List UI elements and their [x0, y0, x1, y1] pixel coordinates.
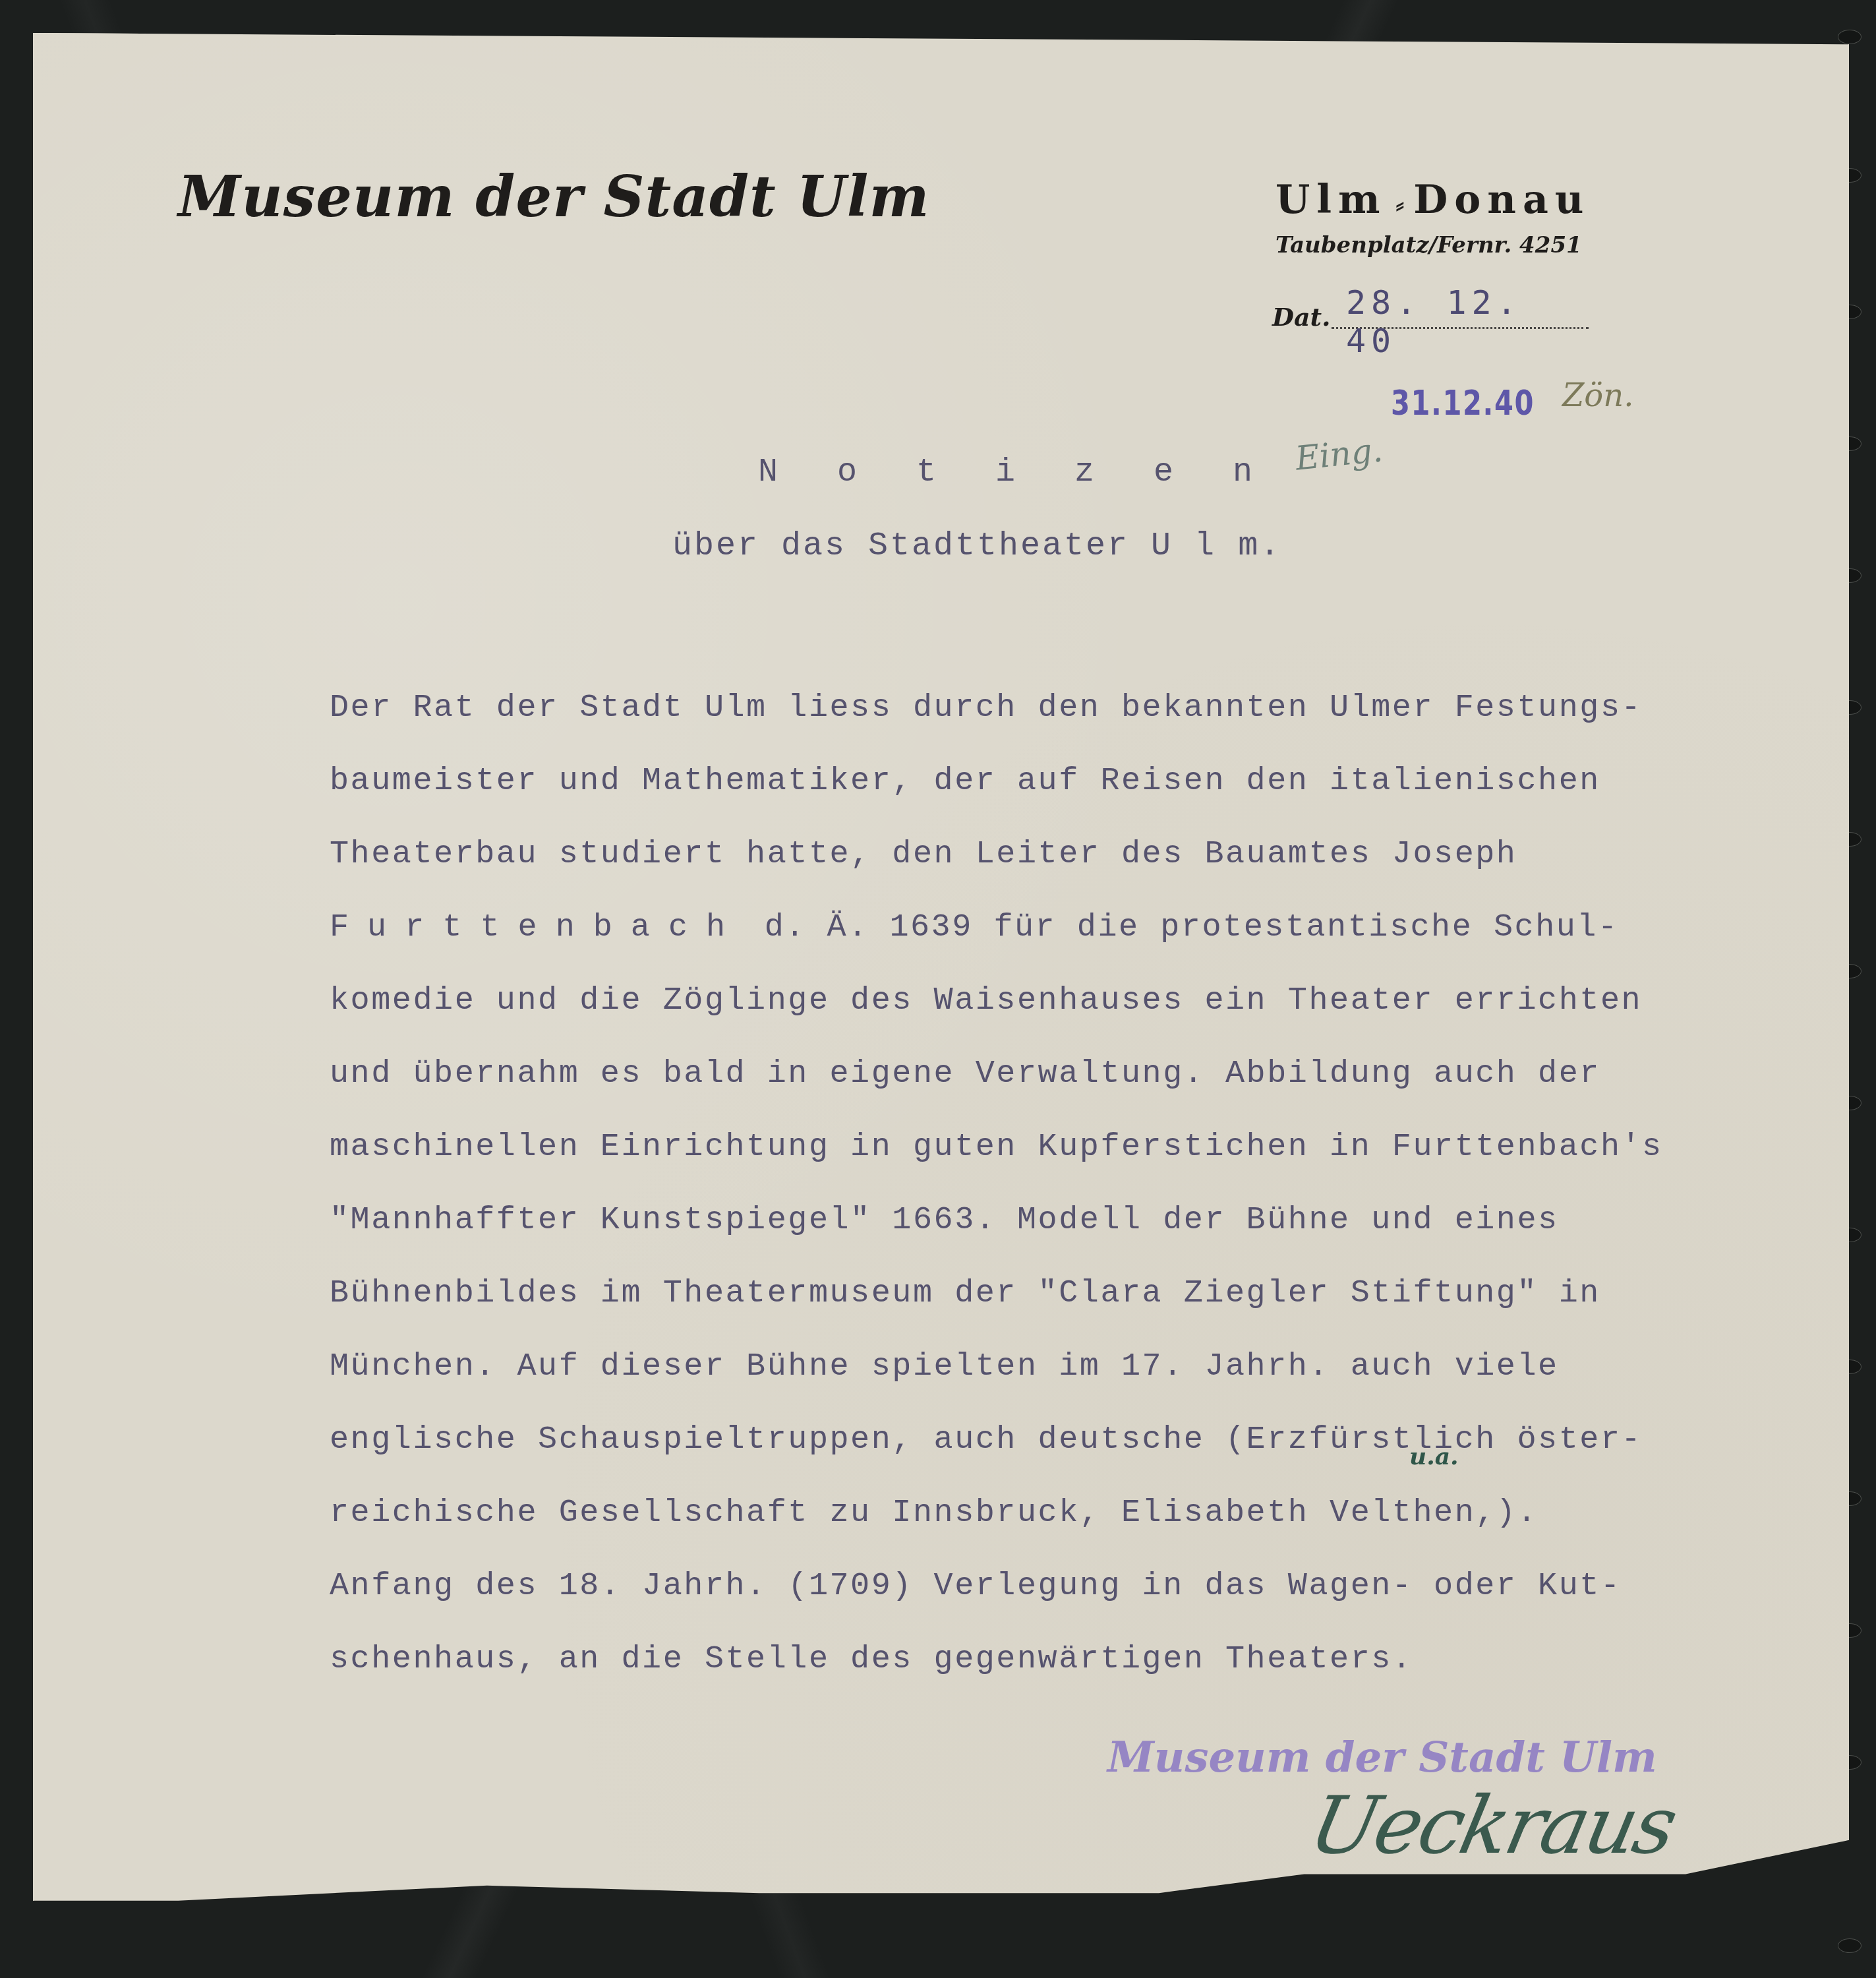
city-name: Ulm [1275, 177, 1387, 223]
body-line: "Mannhaffter Kunstspiegel" 1663. Modell … [330, 1184, 1819, 1257]
body-line: München. Auf dieser Bühne spielten im 17… [330, 1330, 1819, 1403]
body-line: Der Rat der Stadt Ulm liess durch den be… [330, 671, 1819, 744]
received-date-stamp: 31.12.40 [1391, 384, 1535, 423]
body-line: reichische Gesellschaft zu Innsbruck, El… [330, 1476, 1819, 1549]
handwritten-insertion-mark: u.a. [1409, 1443, 1459, 1470]
body-line: schenhaus, an die Stelle des gegenwärtig… [330, 1623, 1819, 1696]
handwritten-initials: Zön. [1562, 377, 1633, 414]
body-line: Bühnenbildes im Theatermuseum der "Clara… [330, 1257, 1819, 1330]
body-line: maschinellen Einrichtung in guten Kupfer… [330, 1110, 1819, 1184]
body-line: und übernahm es bald in eigene Verwaltun… [330, 1037, 1819, 1110]
spaced-name: Furttenbach [330, 909, 744, 945]
letterhead-institution: Museum der Stadt Ulm [178, 164, 929, 230]
city-separator: ⸗ [1396, 189, 1405, 219]
museum-stamp: Museum der Stadt Ulm [1107, 1733, 1657, 1782]
document-subtitle: über das Stadttheater U l m. [672, 527, 1281, 565]
date-value: 28. 12. 40 [1346, 284, 1589, 360]
body-line: komedie und die Zöglinge des Waisenhause… [330, 964, 1819, 1037]
document-body: Der Rat der Stadt Ulm liess durch den be… [330, 671, 1819, 1696]
signature: Ueckraus [1302, 1780, 1682, 1872]
date-field: Dat. 28. 12. 40 [1272, 284, 1589, 336]
letterhead-address: Taubenplatz/Fernr. 4251 [1275, 232, 1582, 258]
body-line: Anfang des 18. Jahrh. (1709) Verlegung i… [330, 1549, 1819, 1623]
body-line-rest: d. Ä. 1639 für die protestantische Schul… [744, 909, 1618, 945]
letterhead-city: Ulm⸗Donau [1275, 177, 1590, 223]
body-line: Theaterbau studiert hatte, den Leiter de… [330, 818, 1819, 891]
body-line: englische Schauspieltruppen, auch deutsc… [330, 1403, 1819, 1476]
date-label: Dat. [1272, 302, 1330, 332]
region-name: Donau [1413, 177, 1590, 223]
body-line: baumeister und Mathematiker, der auf Rei… [330, 744, 1819, 818]
document-title: N o t i z e n [758, 454, 1272, 491]
body-line: Furttenbach d. Ä. 1639 für die protestan… [330, 891, 1819, 964]
